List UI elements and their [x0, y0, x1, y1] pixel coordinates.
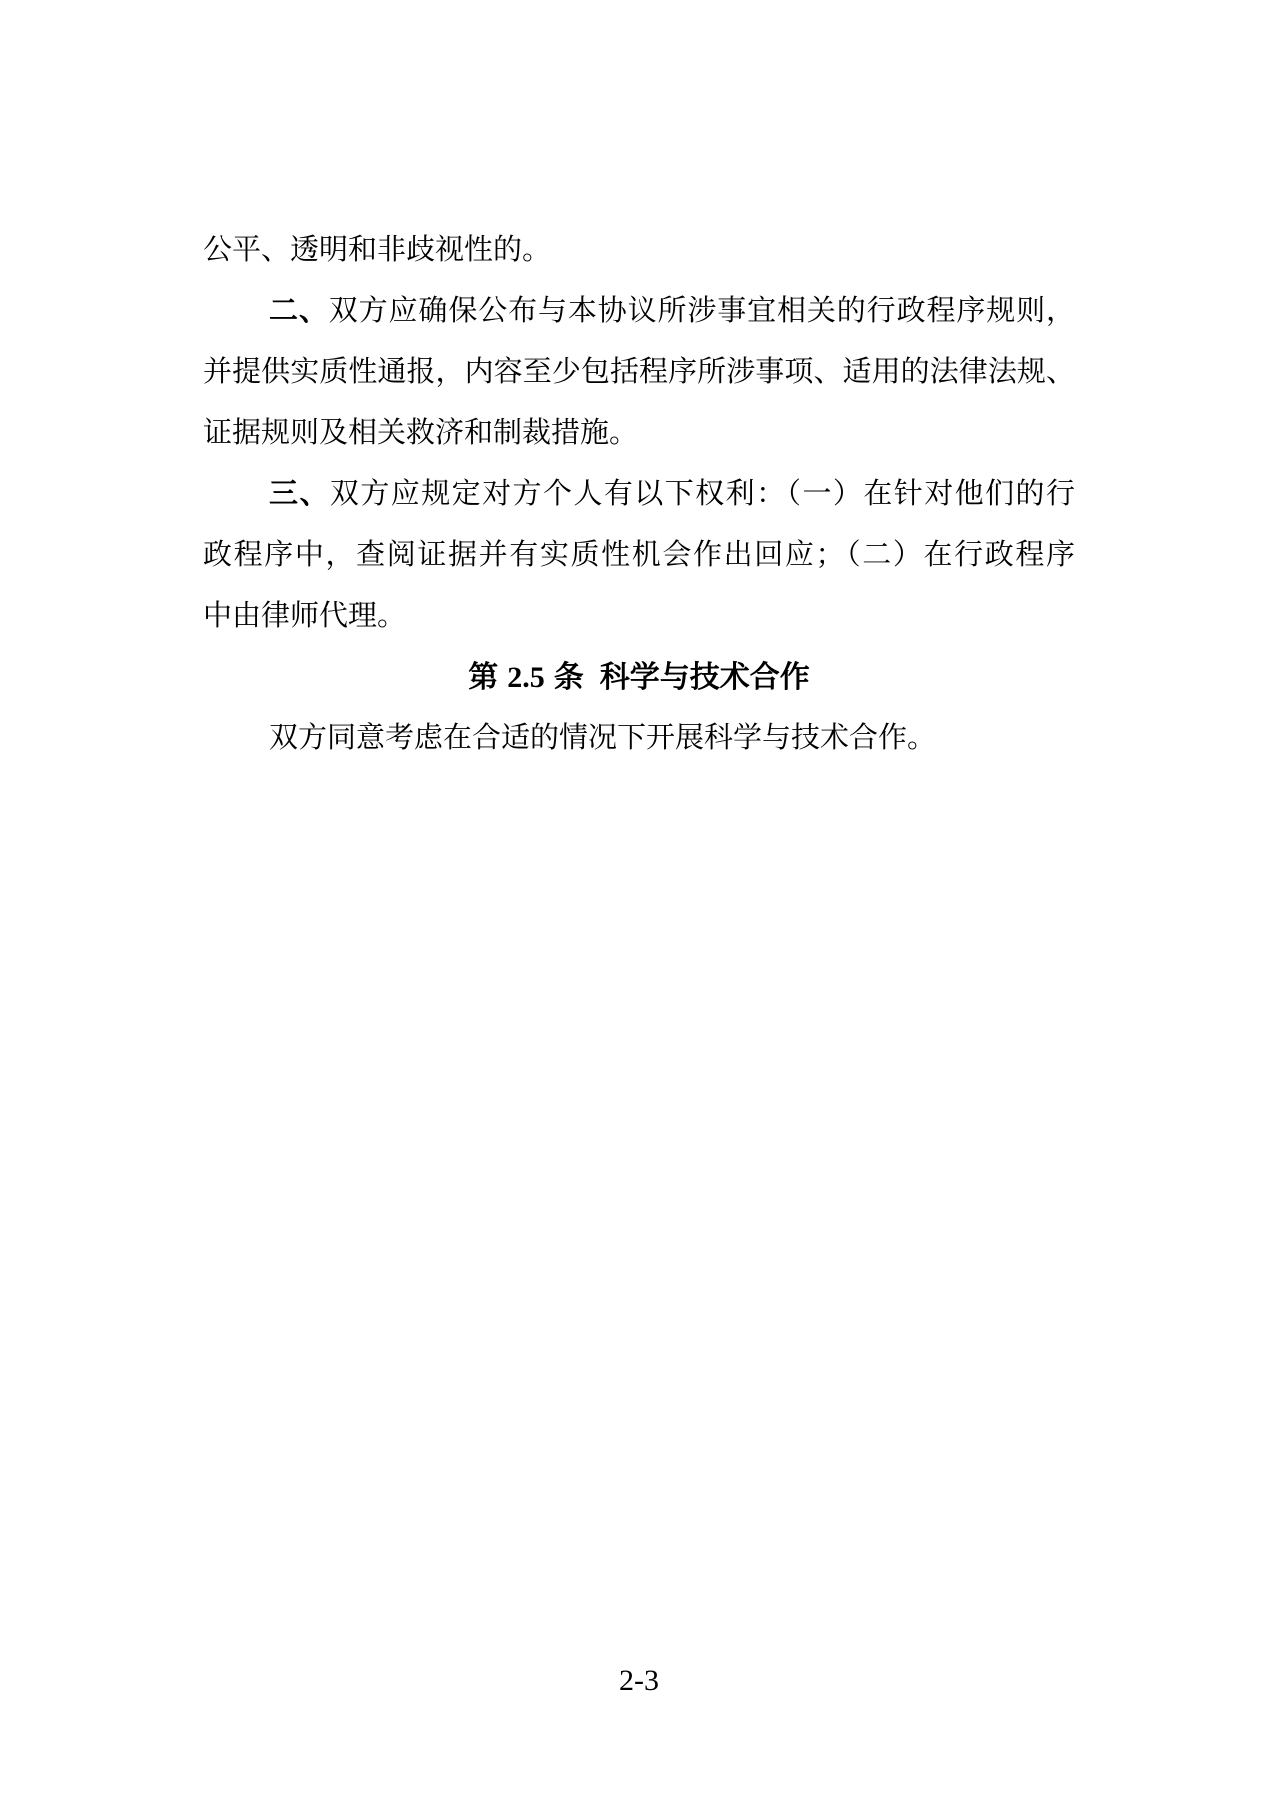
document-page: 公平、透明和非歧视性的。 二、双方应确保公布与本协议所涉事宜相关的行政程序规则，…: [0, 0, 1280, 1810]
line-text: 并提供实质性通报，内容至少包括程序所涉事项、适用的法律法规、: [203, 356, 1075, 388]
text-line: 双方同意考虑在合适的情况下开展科学与技术合作。: [203, 708, 1075, 769]
line-text: 双方应确保公布与本协议所涉事宜相关的行政程序规则，: [329, 295, 1075, 327]
line-text: 双方同意考虑在合适的情况下开展科学与技术合作。: [269, 722, 936, 754]
line-text: 双方应规定对方个人有以下权利：（一）在针对他们的行: [330, 478, 1075, 510]
paragraph-leader: 二、: [269, 295, 329, 327]
text-line: 政程序中，查阅证据并有实质性机会作出回应；（二）在行政程序: [203, 525, 1075, 586]
heading-title: 科学与技术合作: [600, 661, 810, 694]
line-text: 公平、透明和非歧视性的。: [203, 234, 551, 266]
heading-prefix: 第: [468, 661, 498, 694]
text-line: 证据规则及相关救济和制裁措施。: [203, 403, 1075, 464]
section-heading: 第2.5条科学与技术合作: [203, 647, 1075, 708]
heading-article-number: 2.5: [507, 661, 545, 694]
line-text: 中由律师代理。: [203, 600, 406, 632]
line-text: 证据规则及相关救济和制裁措施。: [203, 417, 638, 449]
paragraph-leader: 三、: [269, 478, 330, 510]
text-line: 公平、透明和非歧视性的。: [203, 220, 1075, 281]
line-text: 政程序中，查阅证据并有实质性机会作出回应；（二）在行政程序: [203, 539, 1075, 571]
text-line: 二、双方应确保公布与本协议所涉事宜相关的行政程序规则，: [203, 281, 1075, 342]
document-body: 公平、透明和非歧视性的。 二、双方应确保公布与本协议所涉事宜相关的行政程序规则，…: [203, 220, 1075, 769]
text-line: 中由律师代理。: [203, 586, 1075, 647]
text-line: 并提供实质性通报，内容至少包括程序所涉事项、适用的法律法规、: [203, 342, 1075, 403]
page-number: 2-3: [203, 1660, 1075, 1702]
text-line: 三、双方应规定对方个人有以下权利：（一）在针对他们的行: [203, 464, 1075, 525]
heading-suffix: 条: [554, 661, 584, 694]
